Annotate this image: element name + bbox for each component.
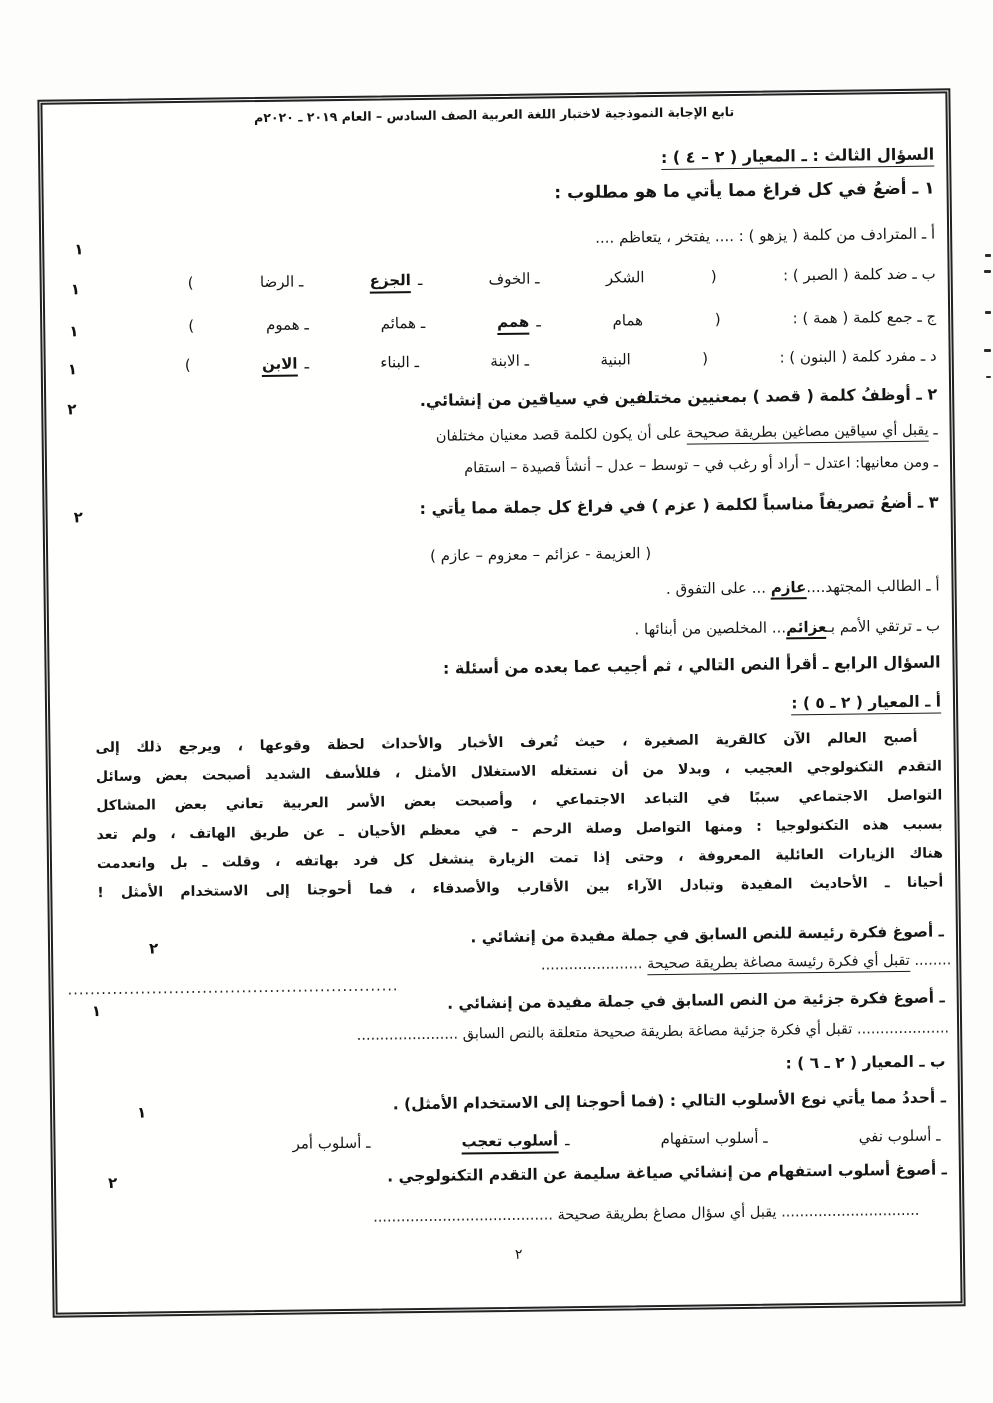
q4-task3-title: ـ أحددُ مما يأتي نوع الأسلوب التالي : (ف… — [393, 1087, 946, 1115]
sentence-a-pre: أ ـ الطالب المجتهد.... — [806, 576, 939, 596]
q3-heading: السؤال الثالث : ـ المعيار ( ٢ – ٤ ) : — [661, 144, 935, 169]
q4-task4-answer: يقبل أي سؤال مصاغ بطريقة صحيحة — [557, 1205, 776, 1224]
sentence-b-post: ... المخلصين من أبنائها . — [634, 618, 786, 638]
close-paren: ) — [188, 316, 194, 336]
q3-item1-row-b: ب ـ ضد كلمة ( الصبر ) : ( الشكر ـ الخوف … — [188, 264, 936, 297]
row-d-lead: د ـ مفرد كلمة ( البنون ) : — [779, 346, 936, 368]
scan-artifact — [985, 311, 991, 314]
open-paren: ( — [715, 309, 721, 329]
q4-task1-dots-line2: ........................................… — [67, 977, 398, 1001]
row-d-answer-pair: ـ الابن — [262, 353, 309, 377]
q3-item1-row-a: أ ـ المترادف من كلمة ( يزهو ) : .... يفت… — [595, 224, 935, 249]
dash: ـ — [418, 270, 423, 290]
passage-line-2: التقدم التكنولوجي العجيب ، وبدلا من أن ن… — [96, 758, 942, 785]
sentence-b-pre: ب ـ ترتقي الأمم بـ — [826, 616, 940, 635]
row-d-answer: الابن — [262, 354, 298, 378]
row-c-opt4: ـ هموم — [266, 314, 309, 335]
q4-meyar-b: ب ـ المعيار ( ٢ ـ ٦ ) : — [785, 1051, 945, 1074]
mark-row-b: ١ — [71, 280, 80, 298]
mark-task1: ٢ — [149, 939, 158, 957]
q4-task1-answer: تقبل أي فكرة رئيسة مصاغة بطريقة صحيحة — [647, 953, 910, 975]
q3-item1-title: ١ ـ أضعُ في كل فراغ مما يأتي ما هو مطلوب… — [554, 178, 935, 206]
row-d-opt2: ـ الابنة — [490, 351, 529, 372]
row-c-lead: ج ـ جمع كلمة ( همة ) : — [792, 307, 936, 329]
task3-opt2: ـ أسلوب استفهام — [660, 1128, 767, 1150]
open-paren: ( — [702, 348, 708, 368]
mark-item2: ٢ — [67, 400, 76, 418]
scan-artifact — [986, 376, 991, 378]
close-paren: ) — [188, 273, 194, 293]
task3-answer-pair: ـ أسلوب تعجب — [461, 1130, 569, 1155]
scan-artifact — [985, 254, 991, 257]
scan-artifact — [984, 349, 991, 352]
q4-task2-answer: تقبل أي فكرة جزئية مصاغة بطريقة صحيحة مت… — [463, 1022, 853, 1043]
dots-left: ...................... — [357, 1027, 459, 1044]
q3-item2-note1-rest: على أن يكون لكلمة قصد معنيان مختلفان — [436, 426, 682, 445]
mark-row-d: ١ — [68, 360, 77, 378]
mark-row-a: ١ — [74, 240, 83, 258]
q3-item2-title: ٢ ـ أوظفُ كلمة ( قصد ) بمعنيين مختلفين ف… — [420, 384, 938, 412]
q4-task4-title: ـ أصوغ أسلوب استفهام من إنشائي صياغة سلي… — [387, 1159, 947, 1187]
row-d-opt3: ـ البناء — [380, 352, 419, 373]
task3-opt1: ـ أسلوب نفي — [859, 1126, 941, 1147]
task3-opt4: ـ أسلوب أمر — [292, 1133, 370, 1154]
task3-answer: أسلوب تعجب — [461, 1130, 558, 1154]
passage-line-4: بسبب هذه التكنولوجيا : ومنها التواصل وصل… — [97, 816, 943, 843]
row-c-opt3: ـ همائم — [381, 313, 426, 334]
q3-item1-row-c: ج ـ جمع كلمة ( همة ) : ( همام ـ همم ـ هم… — [188, 307, 936, 340]
q4-task1-answer-line: ........ تقبل أي فكرة رئيسة مصاغة بطريقة… — [541, 951, 952, 976]
q4-task4-answer-line: .............................. يقبل أي س… — [373, 1202, 919, 1228]
page-number: ٢ — [515, 1247, 523, 1263]
q4-meyar-a-text: أ ـ المعيار ( ٢ ـ ٥ ) : — [791, 692, 941, 715]
dots-left: ...................... — [541, 956, 643, 973]
passage-line-3: التواصل الاجتماعي سببًا في التباعد الاجت… — [96, 787, 942, 814]
row-b-answer: الجزع — [370, 270, 411, 294]
passage-line-5: هناك الزيارات العائلية المعروفة ، وحتى إ… — [97, 845, 943, 872]
q3-item3-options: ( العزيمة - عزائم – معزوم – عازم ) — [430, 543, 651, 566]
sentence-a-post: ... على التفوق . — [666, 579, 771, 598]
mark-task4: ٢ — [108, 1174, 117, 1192]
scan-artifact — [984, 270, 991, 273]
dots-right: .................... — [857, 1020, 949, 1037]
answer-sheet-frame: تابع الإجابة النموذجية لاختبار اللغة الع… — [37, 88, 965, 1317]
q4-heading: السؤال الرابع ـ أقرأ النص التالي ، ثم أج… — [443, 651, 941, 679]
mark-task3: ١ — [137, 1103, 146, 1121]
scanned-exam-page: { "punct": { "dash": "ـ", "open_paren": … — [0, 0, 993, 1403]
q4-task1-title: ـ أصوغ فكرة رئيسة للنص السابق في جملة مف… — [470, 921, 944, 948]
q3-item2-note2: ـ ومن معانيها: اعتدل – أراد أو رغب في – … — [464, 453, 938, 479]
dots-right: ........ — [914, 952, 951, 968]
dash: ـ — [565, 1130, 570, 1150]
q3-item2-note1-underlined: يقبل أي سياقين مصاغين بطريقة صحيحة — [686, 423, 929, 445]
dash: ـ — [304, 353, 309, 373]
q3-item3-sentence-a: أ ـ الطالب المجتهد....عازم ... على التفو… — [666, 575, 940, 599]
page-header: تابع الإجابة النموذجية لاختبار اللغة الع… — [43, 101, 946, 127]
row-b-answer-pair: ـ الجزع — [370, 270, 423, 294]
open-paren: ( — [711, 266, 717, 286]
q4-meyar-a: أ ـ المعيار ( ٢ ـ ٥ ) : — [791, 691, 941, 714]
dash: ـ — [536, 311, 541, 331]
q3-item3-sentence-b: ب ـ ترتقي الأمم بـعزائم... المخلصين من أ… — [634, 615, 940, 639]
row-b-opt4: ـ الرضا — [260, 271, 304, 292]
q4-task2-title: ـ أصوغ فكرة جزئية من النص السابق في جملة… — [447, 987, 945, 1014]
row-c-answer: همم — [497, 312, 530, 336]
mark-item3: ٢ — [74, 508, 83, 526]
row-b-opt1: الشكر — [606, 267, 645, 288]
sentence-b-answer: عزائم — [786, 618, 827, 640]
row-d-opt1: البنية — [600, 349, 631, 370]
dash: ـ — [933, 422, 937, 438]
dots-right: .............................. — [781, 1203, 919, 1221]
close-paren: ) — [185, 355, 191, 375]
q3-item3-title: ٣ ـ أضعُ تصريفاً مناسباً لكلمة ( عزم ) ف… — [419, 491, 938, 519]
mark-row-c: ١ — [69, 322, 78, 340]
q4-task2-answer-line: .................... تقبل أي فكرة جزئية … — [357, 1019, 950, 1046]
row-b-opt2: ـ الخوف — [488, 268, 539, 289]
mark-task2: ١ — [92, 1002, 101, 1020]
q3-item1-row-d: د ـ مفرد كلمة ( البنون ) : ( البنية ـ ال… — [185, 346, 937, 379]
passage-line-1: أصبح العالم الآن كالقرية الصغيرة ، حيث ت… — [95, 729, 941, 756]
row-c-opt1: همام — [612, 310, 643, 331]
passage-line-6: أحيانا ـ الأحاديث المفيدة وتبادل الآراء … — [97, 874, 943, 901]
sentence-a-answer: عازم — [771, 578, 807, 599]
row-c-answer-pair: ـ همم — [497, 311, 541, 335]
row-b-lead: ب ـ ضد كلمة ( الصبر ) : — [783, 264, 936, 286]
q4-task3-options: ـ أسلوب نفي ـ أسلوب استفهام ـ أسلوب تعجب… — [292, 1126, 940, 1157]
dots-left: ....................................... — [373, 1207, 553, 1225]
q3-heading-text: السؤال الثالث : ـ المعيار ( ٢ – ٤ ) : — [661, 145, 935, 170]
q3-item2-note1: ـ يقبل أي سياقين مصاغين بطريقة صحيحة على… — [436, 421, 938, 447]
